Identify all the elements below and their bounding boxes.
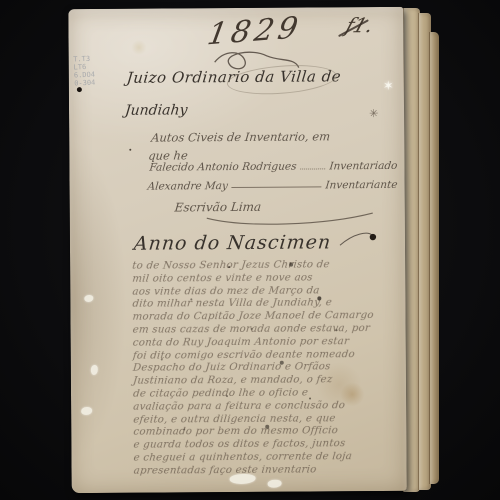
section-heading: Anno do Nascimen xyxy=(133,231,332,254)
year-inscription: 1829 xyxy=(205,10,305,52)
party-name: Falecido Antonio Rodrigues xyxy=(149,161,297,174)
party-role: Inventariante xyxy=(325,179,398,192)
pencil-code-line: 0-304 xyxy=(74,79,95,88)
leader-dots xyxy=(300,168,325,169)
white-star-mark: ✶ xyxy=(383,79,394,94)
paper-damage-chip xyxy=(268,480,282,488)
party-name: Alexandre May xyxy=(147,180,229,193)
dark-asterisk-mark: ✳ xyxy=(369,107,378,120)
page-stack-edge xyxy=(429,32,439,484)
body-paragraph: to de Nosso Senhor Jezus Christo de mil … xyxy=(132,259,374,478)
court-title-line2: Jundiahy xyxy=(124,102,188,118)
punch-hole-dot xyxy=(77,87,82,92)
archive-pencil-code: T.T3 LT6 6.DO4 0-304 xyxy=(73,55,95,88)
party-row: Alexandre May Inventariante xyxy=(147,179,398,193)
paper-damage-chip xyxy=(84,295,93,302)
case-caption-line1: Autos Civeis de Inventario, em xyxy=(151,129,331,144)
paper-damage-chip xyxy=(81,407,92,415)
leader-line xyxy=(232,186,322,188)
body-line: avaliação para a feitura e conclusão do xyxy=(132,400,373,414)
body-line: conta do Ruy Joaquim Antonio por estar xyxy=(132,336,373,350)
paper-damage-chip xyxy=(230,474,256,484)
party-row: Falecido Antonio Rodrigues Inventariado xyxy=(149,160,398,174)
ink-specks xyxy=(129,149,131,151)
ink-blot xyxy=(370,234,376,240)
photo-background: 1829 f1. T.T3 LT6 6.DO4 0-304 Juizo Ordi… xyxy=(0,0,500,500)
ink-blot-stroke xyxy=(338,225,378,247)
body-line: mil oito centos e vinte e nove aos xyxy=(132,272,373,286)
party-role: Inventariado xyxy=(329,160,398,172)
manuscript-page: 1829 f1. T.T3 LT6 6.DO4 0-304 Juizo Ordi… xyxy=(68,7,406,493)
paper-damage-chip xyxy=(91,365,98,375)
